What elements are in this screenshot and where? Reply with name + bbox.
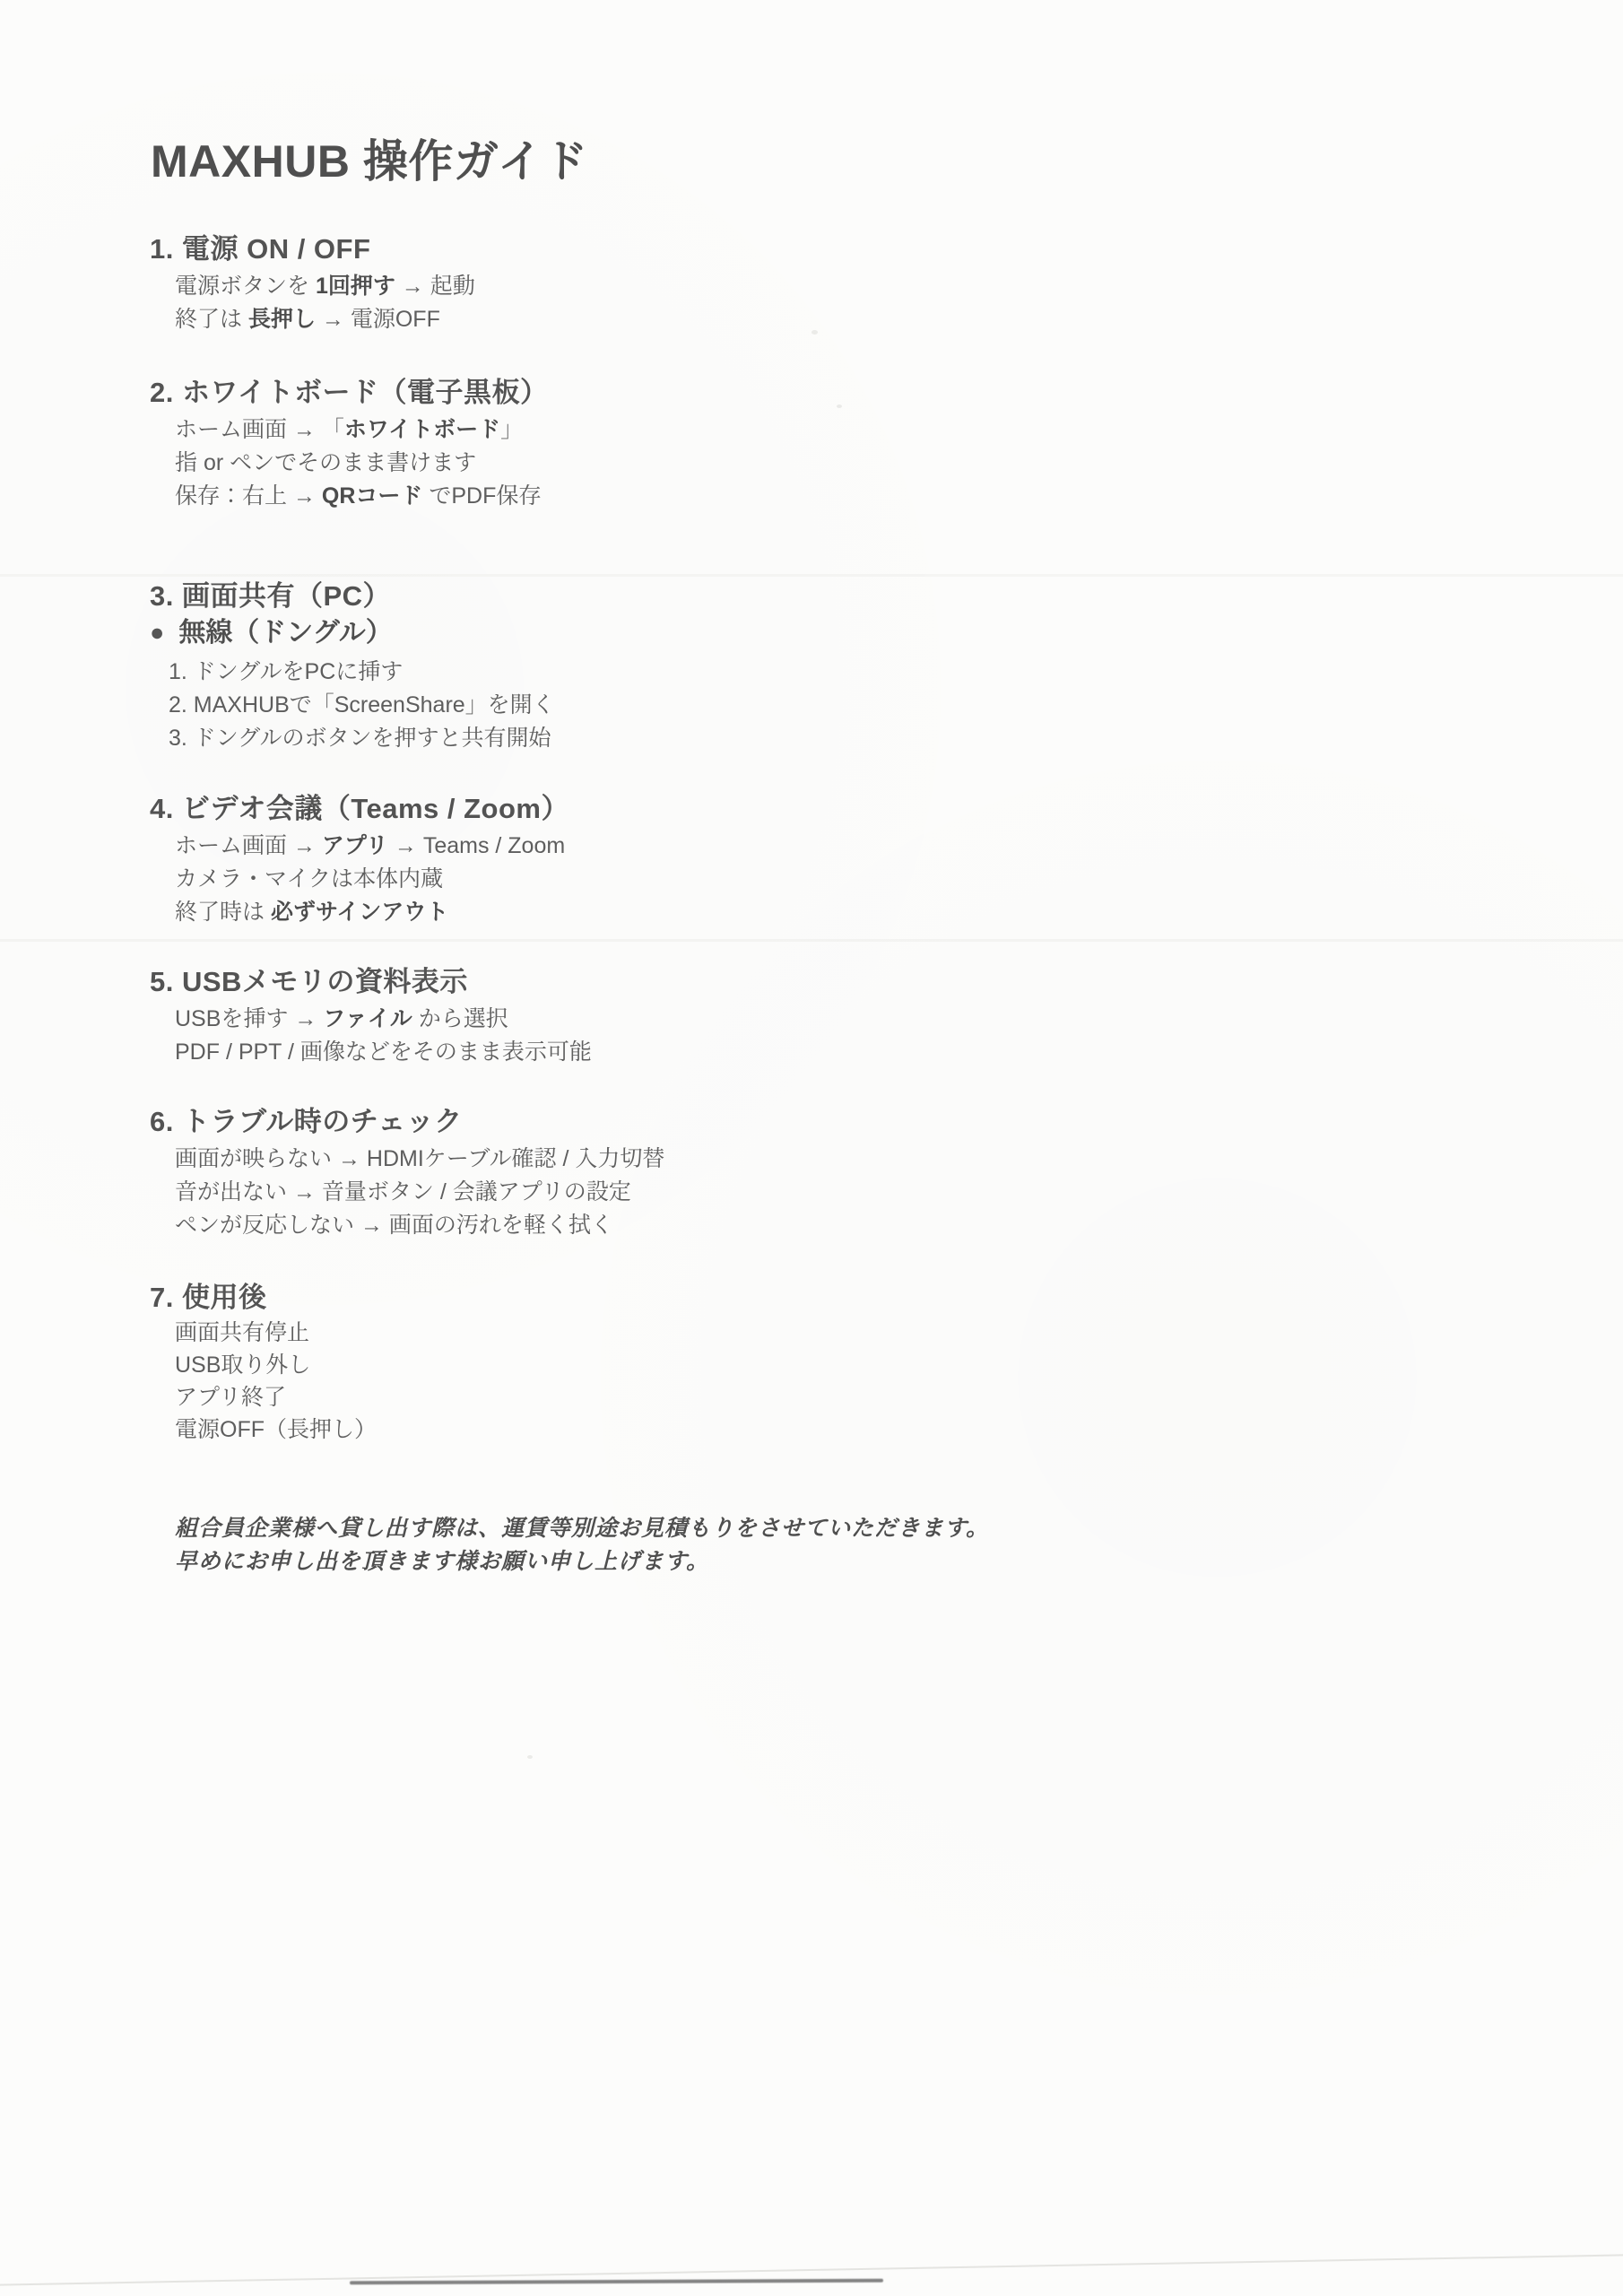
section-heading: 6. トラブル時のチェック [150,1107,1495,1137]
text-segment: 」 [500,417,523,442]
text-segment: ホーム画面 → 「 [175,417,344,442]
text-line: USB取り外し [175,1349,1495,1381]
text-segment-bold: 長押し [248,307,316,332]
text-segment: 終了は [175,307,248,332]
section-heading: 3. 画面共有（PC） [150,581,1495,612]
scan-streak [0,939,1623,942]
rental-note: 組合員企業様へ貸し出す際は、運賃等別途お見積もりをさせていただきます。 早めにお… [175,1512,1430,1578]
scan-streak [0,574,1623,577]
rental-note-line: 早めにお申し出を頂きます様お願い申し上げます。 [175,1545,1430,1578]
text-segment-bold: QRコード [322,483,423,509]
text-segment: アプリ終了 [175,1385,286,1410]
text-segment: でPDF保存 [422,483,541,509]
paper-edge-smudge [350,2279,883,2285]
section-heading: 5. USBメモリの資料表示 [150,967,1495,997]
text-segment: 指 or ペンでそのまま書けます [175,450,476,475]
section-body: 電源ボタンを 1回押す → 起動 終了は 長押し → 電源OFF [175,270,1495,336]
text-line: USBを挿す → ファイル から選択 [175,1003,1495,1036]
subsection-label: 無線（ドングル） [178,618,393,648]
text-segment: USBを挿す → [175,1006,323,1031]
section-body: USBを挿す → ファイル から選択 PDF / PPT / 画像などをそのまま… [175,1003,1495,1069]
section-heading: 4. ビデオ会議（Teams / Zoom） [150,794,1495,824]
text-segment: カメラ・マイクは本体内蔵 [175,866,443,891]
text-line: 電源OFF（長押し） [175,1413,1495,1446]
page-title: MAXHUB 操作ガイド [151,135,588,188]
step-line: 1. ドングルをPCに挿す [169,656,1495,689]
section-body: 画面共有停止 USB取り外し アプリ終了 電源OFF（長押し） [175,1317,1495,1446]
section-power: 1. 電源 ON / OFF 電源ボタンを 1回押す → 起動 終了は 長押し … [150,234,1495,336]
text-segment: 終了時は [175,900,271,925]
section-troubleshooting: 6. トラブル時のチェック 画面が映らない → HDMIケーブル確認 / 入力切… [150,1107,1495,1242]
text-line: 保存：右上 → QRコード でPDF保存 [175,480,1495,513]
section-heading: 7. 使用後 [150,1283,1495,1313]
text-segment: から選択 [412,1006,508,1031]
step-line: 3. ドングルのボタンを押すと共有開始 [169,722,1495,755]
text-segment: ペンが反応しない → 画面の汚れを軽く拭く [175,1213,613,1238]
text-line: 音が出ない → 音量ボタン / 会議アプリの設定 [175,1176,1495,1209]
text-segment: → 電源OFF [316,307,440,332]
section-body: ホーム画面 → アプリ → Teams / Zoom カメラ・マイクは本体内蔵 … [175,830,1495,929]
section-video-conference: 4. ビデオ会議（Teams / Zoom） ホーム画面 → アプリ → Tea… [150,794,1495,929]
text-segment-bold: アプリ [322,833,388,858]
text-segment: 音が出ない → 音量ボタン / 会議アプリの設定 [175,1179,631,1205]
text-line: カメラ・マイクは本体内蔵 [175,863,1495,896]
text-segment-bold: 1回押す [316,274,395,299]
section-body: ホーム画面 → 「ホワイトボード」 指 or ペンでそのまま書けます 保存：右上… [175,413,1495,513]
text-line: ホーム画面 → 「ホワイトボード」 [175,413,1495,447]
text-segment: 画面共有停止 [175,1320,309,1345]
text-line: 電源ボタンを 1回押す → 起動 [175,270,1495,303]
text-segment: → Teams / Zoom [388,833,565,858]
rental-note-line: 組合員企業様へ貸し出す際は、運賃等別途お見積もりをさせていただきます。 [175,1512,1430,1545]
text-segment: → 起動 [395,274,475,299]
text-segment: 画面が映らない → HDMIケーブル確認 / 入力切替 [175,1146,664,1171]
step-line: 2. MAXHUBで「ScreenShare」を開く [169,689,1495,722]
section-whiteboard: 2. ホワイトボード（電子黒板） ホーム画面 → 「ホワイトボード」 指 or … [150,378,1495,513]
text-segment: 電源OFF（長押し） [175,1417,377,1442]
text-segment-bold: 必ずサインアウト [271,900,448,925]
text-segment: 1. ドングルをPCに挿す [169,659,403,684]
text-segment-bold: ファイル [323,1006,412,1031]
text-segment: 3. ドングルのボタンを押すと共有開始 [169,726,551,751]
section-screen-share: 3. 画面共有（PC） ●無線（ドングル） 1. ドングルをPCに挿す 2. M… [150,581,1495,755]
section-usb-display: 5. USBメモリの資料表示 USBを挿す → ファイル から選択 PDF / … [150,967,1495,1069]
text-line: アプリ終了 [175,1381,1495,1413]
section-heading: 1. 電源 ON / OFF [150,234,1495,265]
text-line: 終了時は 必ずサインアウト [175,896,1495,929]
text-segment-bold: ホワイトボード [344,417,500,442]
text-line: ペンが反応しない → 画面の汚れを軽く拭く [175,1209,1495,1242]
section-body: 画面が映らない → HDMIケーブル確認 / 入力切替 音が出ない → 音量ボタ… [175,1143,1495,1242]
text-line: 終了は 長押し → 電源OFF [175,303,1495,336]
section-after-use: 7. 使用後 画面共有停止 USB取り外し アプリ終了 電源OFF（長押し） [150,1283,1495,1446]
text-line: 指 or ペンでそのまま書けます [175,447,1495,480]
bullet-icon: ● [150,614,164,650]
section-heading: 2. ホワイトボード（電子黒板） [150,378,1495,408]
scan-speck [527,1755,533,1759]
text-segment: 保存：右上 → [175,483,322,509]
text-line: 画面共有停止 [175,1317,1495,1349]
subsection-heading: ●無線（ドングル） [150,615,1495,651]
text-line: 画面が映らない → HDMIケーブル確認 / 入力切替 [175,1143,1495,1176]
paper-edge-line [0,2254,1623,2287]
text-segment: PDF / PPT / 画像などをそのまま表示可能 [175,1039,592,1065]
text-segment: ホーム画面 → [175,833,322,858]
text-line: PDF / PPT / 画像などをそのまま表示可能 [175,1036,1495,1069]
numbered-steps: 1. ドングルをPCに挿す 2. MAXHUBで「ScreenShare」を開く… [169,656,1495,755]
text-segment: 電源ボタンを [175,274,316,299]
text-line: ホーム画面 → アプリ → Teams / Zoom [175,830,1495,863]
text-segment: USB取り外し [175,1352,310,1378]
text-segment: 2. MAXHUBで「ScreenShare」を開く [169,692,555,717]
scanned-document-page: MAXHUB 操作ガイド 1. 電源 ON / OFF 電源ボタンを 1回押す … [0,0,1623,2296]
